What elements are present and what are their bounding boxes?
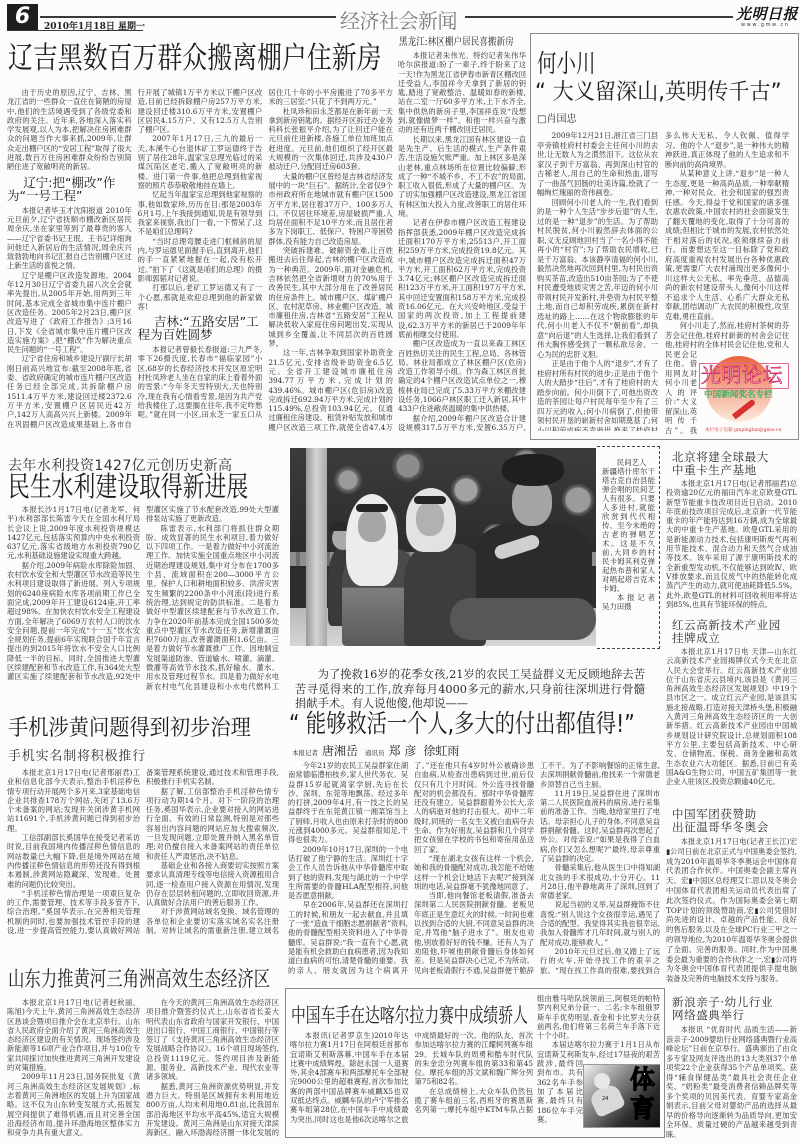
caption-title: 民间艺人 (602, 458, 655, 467)
paragraph: 忆起当年温家宝总理到他家视察的事,他如数家珍,历历在目:那是2003年6月1号,… (138, 190, 263, 236)
paragraph: 说起当初的义举,吴益群掩饰不住喜悦:“别人说这个女孩很幸运,遇见了合适的配型。我… (540, 900, 660, 946)
issue-date: 2010年1月18日 星期一 (44, 19, 145, 32)
trucks-headline: 北京将建全球最大 中重卡生产基地 (672, 451, 769, 476)
trucks-body: 本报北京1月17日电(记者邢丽君)总投资逾20亿元的福田汽车北京欧曼GTL新型节… (666, 479, 797, 609)
column-logo-title: 光明论坛 (701, 363, 783, 387)
headline-line: 北京将建全球最大 (672, 451, 769, 464)
page-number-badge: 6 (7, 4, 38, 30)
photo-man-fur-hat (502, 454, 564, 486)
phone-body: 本报北京1月17日电(记者邢丽君)工业和信息化部今天表示,整治手机淫秽色情专项行… (7, 768, 279, 938)
commentary-column-1: 2009年12月21日,浙江省三门县亭旁镇桂府村村委会主任何小川的去世,让无数人… (537, 131, 658, 431)
photo-folk-artists (290, 448, 596, 646)
skier-bib-number: 24 (602, 1095, 608, 1104)
skier-helmet-icon (594, 1073, 610, 1089)
olympics-body: 本报北京1月17日电(记者王长江)宏▮公司日前在北京正式与中国奥委会签约,成为2… (666, 837, 797, 987)
column-logo-guangming-forum: 光明论坛 中国新闻奖名专栏 本栏电子信箱 gmpinglun@gmw.cn (697, 350, 789, 434)
sports-skier-image: 24 体 育 (583, 1064, 660, 1128)
photo-credit: 本报记者 吴力田摄 (602, 593, 655, 611)
heilongjiang-subhead: 黑龙江:林区棚户居民喜搬新房 (399, 37, 514, 48)
jilin-subhead: 吉林:“五路安居”工程为百姓圆梦 (138, 315, 263, 341)
paragraph: 棚户区改造成为一直以来森工林区百姓热切关注的民生工程,总局、各林管局、林业局都成… (398, 339, 526, 413)
paragraph: 11月19日,吴益群住进了深圳市第二人民医院血液科的病房,进行采集前的准备工作。… (540, 789, 660, 863)
paragraph: 本报北京1月17日电(记者邢丽君)总投资逾20亿元的福田汽车北京欧曼GTL新型节… (666, 479, 797, 609)
paragraph: 据了解,工信部整治手机淫秽色情专项行动为期14个月。对下一阶段的治理任务,奚国华… (146, 787, 279, 861)
housing-body: 由于历史的原因,辽宁、吉林、黑龙江省的一些群众一直住在简陋的房屋中,他们的生活境… (7, 88, 393, 432)
housing-headline: 辽吉黑数百万群众搬离棚户住新房 (8, 44, 382, 74)
byline-correspondent: 徐虹雨 (423, 744, 459, 758)
column-email: 本栏电子信箱 gmpinglun@gmw.cn (705, 426, 781, 435)
paragraph: 2009年12月21日,浙江省三门县亭旁镇桂府村村委会主任何小川的去世,让无数人… (537, 131, 658, 198)
headline-line: 挂牌成立 (672, 632, 781, 645)
hongyun-headline: 红云高新技术产业园 挂牌成立 (672, 619, 781, 644)
commentary-quote: “ 大义留深山,英明传千古” (535, 82, 782, 104)
commentary-title: 何小川 (537, 51, 596, 76)
marrow-intro: 为了挽救16岁的花季女孩,21岁的农民工吴益群义无反顾地辞去苦苦寻觅得来的工作,… (295, 668, 645, 714)
shandong-body: 本报北京1月17日电(记者赵秋丽、陈旭)今天上午,黄河三角洲高效生态经济区恳谈会… (7, 998, 279, 1139)
olympics-headline: 中国军团获赞助 出征温哥华冬奥会 (672, 808, 769, 833)
paragraph: 大量的棚户区曾经是吉林省经济发展中的一块“巨石”。据统计,全省仅9个市州政府所在… (268, 172, 393, 246)
paragraph: 基础企业和各接入商要切实按照方案要求认真清理专线等电信接入资源租用合同,逐一检查… (146, 861, 279, 907)
sina-headline: 新浪亲子·幼儿行业 网络盛典举行 (672, 996, 773, 1021)
paragraph-continued: 多么伟大无私、令人钦佩、值得学习。他的个人“退步”,是一种伟大的精神跃进,真正体… (665, 131, 789, 169)
photo-woman1-headband (356, 504, 388, 512)
headline-line: 出征温哥华冬奥会 (672, 821, 769, 834)
commentary-column-2: 光明论坛 中国新闻奖名专栏 本栏电子信箱 gmpinglun@gmw.cn 多么… (665, 131, 789, 435)
section-title: 经济社会新闻 (340, 5, 457, 34)
caption-text: 新疆塔什库尔干塔吉克自治县能弹会唱的民间艺人有很多。只要人多进村,就能欣赏到代代… (602, 467, 655, 593)
headline-line: 红云高新技术产业园 (672, 619, 781, 632)
newspaper-page: 6 2010年1月18日 星期一 经济社会新闻 光明日报 www.gmw.cn … (0, 0, 800, 1144)
commentary-author: □肖国忠 (537, 110, 576, 125)
paragraph: 本报北京1月17日电 天津—山东红云高新技术产业园揭牌仪式今天在北京人民大会堂举… (666, 647, 797, 786)
photo-woman1-face (358, 510, 386, 542)
byline-label: 本报记者 (292, 749, 318, 757)
paragraph: 回顾何小川老人的一生,我们看到的是一种个人生活“步步后退”的人生,过的是一种“退… (537, 198, 658, 360)
paragraph: 打那以后,老矿工罗运德又有了一个心愿,那就是欢迎总理到他的新家做客! (138, 283, 263, 311)
dakar-body-column-3: 24 体 育 组由雅马哈队统领前三,阿根廷的帕特罗内利兄弟分获一、二名;卡车组俄… (537, 994, 660, 1134)
paragraph: 今年21岁的农民工吴益群家住湖南常德临澧柏枝乡,家人世代务农。吴益群15岁起就离… (288, 761, 408, 845)
paragraph: 本报记者朱伟光、特约记者朱伟华哈尔滨报道:盼了一辈子,终于盼来了这一天!作为黑龙… (398, 51, 526, 135)
byline-label: 通讯员 (365, 749, 385, 757)
headline-line: 中国军团获赞助 (672, 808, 769, 821)
byline-signature: (王文) (666, 786, 797, 787)
sports-section-badge: 24 体 育 (583, 1064, 660, 1127)
paragraph: “现在湖北女孩有这样一个机会,她和我的骨髓配对成功,我怎能不给她这样一个机会让她… (414, 854, 534, 891)
shandong-headline: 山东力推黄河三角洲高效生态经济区 (8, 969, 270, 990)
byline-reporter: 唐湘岳 (322, 744, 358, 758)
paragraph: 陈雷表示,水利部门将抓住群众期盼、成效显著的民生水利项目,着力做好以下四项工作。… (146, 505, 279, 693)
dakar-body: 本报讯(记者罗京生)2010年达喀尔拉力赛1月17日在阿根廷首都布宜诺斯艾利斯落… (290, 1031, 533, 1133)
byline-correspondent: 郑 彦 (389, 744, 417, 758)
header-rule-right (465, 16, 733, 18)
water-headline: 民生水利建设取得新进展 (8, 473, 248, 501)
paragraph: 工信部副部长奚国华在接受记者采访时说,目前我国境内传播淫秽色情信息的网站数量已大… (7, 833, 140, 889)
paragraph: 2007年1月17日,三九的最后一天,本溪牛心台退休矿工罗运德终于告别了居住28… (138, 134, 263, 190)
phone-headline: 手机涉黄问题得到初步治理 (8, 718, 251, 740)
page-number: 6 (15, 4, 30, 29)
sports-label-char: 育 (630, 1096, 655, 1121)
paragraph: 长期以来,黑龙江国有林区建设一直是先生产、后生活的模式,生产条件艰苦,生活设施欠… (398, 135, 526, 219)
phone-subheadline: 手机实名制将积极推行 (8, 745, 146, 764)
photo-caption: 民间艺人 新疆塔什库尔干塔吉克自治县能弹会唱的民间艺人有很多。只要人多进村,就能… (602, 458, 655, 642)
marrow-body: 今年21岁的农民工吴益群家住湖南常德临澧柏枝乡,家人世代务农。吴益群15岁起就离… (288, 761, 660, 977)
photo-wooden-pole (306, 448, 327, 646)
paragraph: 本报北京1月17日电(记者王长江)宏▮公司日前在北京正式与中国奥委会签约,成为2… (666, 837, 797, 984)
marrow-headline: “ 能够救活一个人,多大的付出都值得!” (289, 711, 635, 736)
photo-woman2-face (416, 502, 444, 536)
headline-line: 网络盛典举行 (672, 1009, 773, 1022)
paragraph: “当时总理弯腰走进门框倾斜的屋内,与罗运德见面握手后,直到离开,他们的手一直紧紧… (138, 237, 263, 283)
paragraph-continued: 组由雅马哈队统领前三,阿根廷的帕特罗内利兄弟分获一、二名;卡车组俄罗斯车手优势明… (537, 994, 660, 1040)
paragraph: 2009年11月23日,国务院批复《黄河三角洲高效生态经济区发展规划》,标志着黄… (7, 1072, 140, 1137)
photo-woman2-headband (414, 496, 446, 504)
sports-label-char: 体 (630, 1067, 655, 1092)
paragraph: 突破拆建难、破解资金难,让百姓搬进去后住得起,吉林的棚户区改造成为一种典范。20… (268, 246, 393, 348)
paragraph: 杜凤珍和田永芝都是在新年前一天拿到新房钥匙的。据经开区拆迁办业务科科长张振平介绍… (268, 107, 393, 172)
paragraph: 骨髓采集后,他从医生口中得知湖北女孩的手术很成功,十分开心。11月28日,他平静… (540, 863, 660, 900)
sina-body: 本报讯 “优育时代 品质生活——新浪亲子·2009婴幼行业网络盛典暨行业高峰论坛… (666, 1025, 797, 1139)
paragraph: 本报北京1月17日电(记者邢丽君)工业和信息化部今天表示,整治手机淫秽色情专项行… (7, 768, 140, 833)
paragraph: 记者在伊春市棚户区改造工程建设指挥部获悉,2009年棚户区改造完成拆迁面积170… (398, 218, 526, 339)
paragraph: 辽宁是棚户区改造发源地。2004年12月30日辽宁省委九届八次全会就率先提出,从… (7, 271, 132, 355)
dakar-headline: 中国车手在达喀尔拉力赛中成绩骄人 (291, 1005, 528, 1025)
water-body: 本报长沙1月17日电(记者龙军、何平)水利部部长陈雷今天在全国水利厅局长会议上说… (7, 505, 279, 693)
paragraph: 在今天的黄河三角洲高效生态经济区项目推介暨签约仪式上,山东省省长姜大明代表山东省… (146, 998, 279, 1082)
liaoning-subhead: 辽宁:把“棚改”作为“一号工程” (7, 176, 132, 202)
heilongjiang-body: 本报记者朱伟光、特约记者朱伟华哈尔滨报道:盼了一辈子,终于盼来了这一天!作为黑龙… (398, 51, 526, 431)
paragraph: 本报讯 “优育时代 品质生活——新浪亲子·2009婴幼行业网络盛典暨行业高峰论坛… (666, 1025, 797, 1139)
paragraph: 据介绍,2009年棚户区改造合计建设规模317.5万平方米,安置6.35万户,总… (398, 414, 526, 431)
header-rule-left (40, 16, 336, 18)
headline-line: 新浪亲子·幼儿行业 (672, 996, 773, 1009)
column-logo-tagline: 中国新闻奖名专栏 (704, 391, 773, 401)
paragraph: 2009年10月17日,深圳的一个电话打破了他宁静的生活。深圳红十字会工作人员告… (288, 845, 408, 901)
paragraph: 正是由于他个人的“退步”,才有了桂府村所有村民的进步;正是由于他个人的大踏步“往… (537, 359, 658, 431)
hongyun-body: 本报北京1月17日电 天津—山东红云高新技术产业园揭牌仪式今天在北京人民大会堂举… (666, 647, 797, 787)
paragraph: 本报记者毕玉才沈阳报道 2010年元旦前夕,辽宁省抚顺市棚改新区居民周余庆,坐在… (7, 206, 132, 271)
headline-line: 中重卡生产基地 (672, 464, 769, 477)
marrow-byline: 本报记者唐湘岳通讯员郑 彦徐虹雨 (292, 740, 466, 759)
intro-text: 为了挽救16岁的花季女孩,21岁的农民工吴益群义无反顾地辞去苦苦寻觅得来的工作,… (295, 668, 645, 712)
paragraph: 本报长沙1月17日电(记者龙军、何平)水利部部长陈雷今天在全国水利厅局长会议上说… (7, 505, 140, 561)
paragraph: 本报北京1月17日电(记者赵秋丽、陈旭)今天上午,黄河三角洲高效生态经济区恳谈会… (7, 998, 140, 1072)
paragraph: 从某种意义上讲,“退步”是一种人生态度,更是一种高尚品质,一种奉献精神,一种对民… (665, 169, 789, 321)
paragraph: 由于历史的原因,辽宁、吉林、黑龙江省的一些群众一直住在简陋的房屋中,他们的生活境… (7, 88, 132, 172)
masthead-website: www.gmw.cn (741, 22, 790, 28)
masthead-logo: 光明日报 (736, 3, 798, 24)
photo-man-legs (450, 598, 596, 640)
